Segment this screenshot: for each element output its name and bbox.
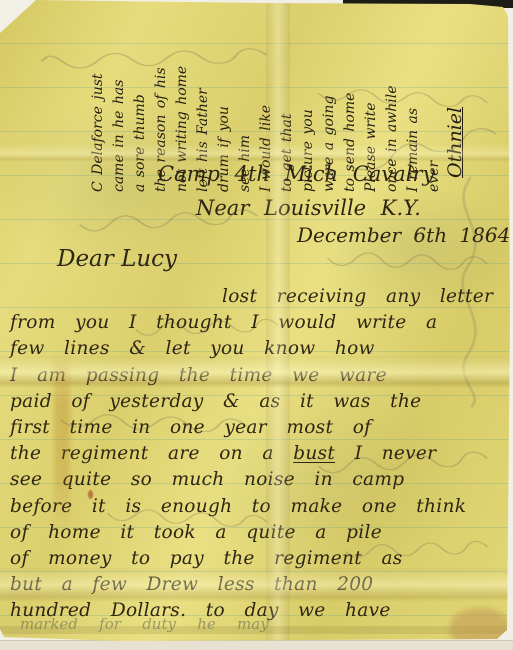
letter-body: lost receiving any letter from you I tho… (10, 284, 508, 625)
body-line-text: I never (335, 443, 436, 464)
letterhead-location: Near Louisville K.Y. (196, 196, 421, 220)
body-line: see quite so much noise in camp (10, 467, 508, 493)
salutation: Dear Lucy (57, 246, 177, 272)
pencil-bleed-text: marked for duty he may (20, 615, 269, 633)
body-line: of home it took a quite a pile (10, 520, 508, 546)
signature: Othniel (445, 0, 466, 192)
body-line: the regiment are on a bust I never (10, 441, 508, 467)
scanned-letter: C Delaforce just came in he has a sore t… (0, 0, 513, 650)
body-line: I am passing the time we ware (10, 363, 508, 389)
underlined-word: bust (293, 443, 335, 464)
letterhead-date: December 6th 1864 (297, 223, 510, 247)
body-line-text: the regiment are on a (10, 443, 293, 464)
body-line: of money to pay the regiment as (10, 546, 508, 572)
body-line: paid of yesterday & as it was the (10, 389, 508, 415)
body-line: lost receiving any letter (10, 284, 508, 310)
scanner-bottom-edge (0, 640, 513, 650)
body-line: few lines & let you know how (10, 336, 508, 362)
margin-note-line: C Delaforce just (88, 0, 109, 192)
margin-note-line: came in he has (109, 0, 130, 192)
body-line: before it is enough to make one think (10, 494, 508, 520)
body-line: from you I thought I would write a (10, 310, 508, 336)
body-line: first time in one year most of (10, 415, 508, 441)
letterhead-camp: Camp 4th Mich Cavalry (158, 162, 434, 186)
letter-paper: C Delaforce just came in he has a sore t… (0, 0, 513, 650)
body-line: but a few Drew less than 200 (10, 572, 508, 598)
margin-note-line: a sore thumb (130, 0, 151, 192)
